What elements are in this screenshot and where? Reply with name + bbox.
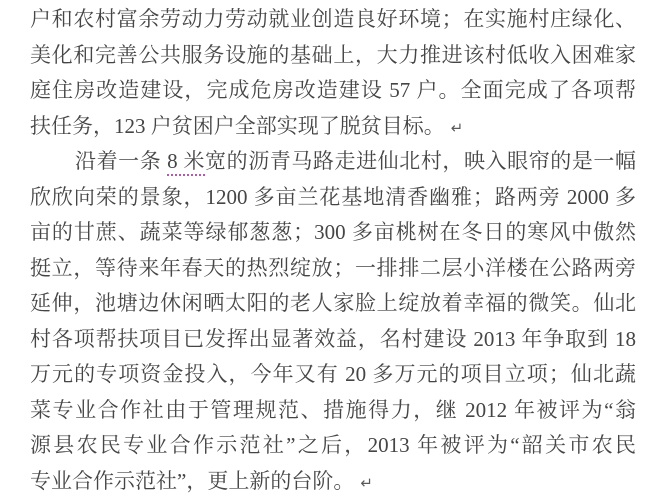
text-line: 户和农村富余劳动力劳动就业创造良好环境；在实施村庄绿化、 <box>30 2 636 38</box>
text-line: 挺立，等待来年春天的热烈绽放；一排排二层小洋楼在公路两旁 <box>30 251 636 287</box>
text-line: 专业合作示范社”，更上新的台阶。↵ <box>30 464 636 499</box>
text-line: 美化和完善公共服务设施的基础上，大力推进该村低收入困难家 <box>30 38 636 74</box>
text-line: 扶任务，123 户贫困户全部实现了脱贫目标。↵ <box>30 109 636 145</box>
text-line: 村各项帮扶项目已发挥出显著效益，名村建设 2013 年争取到 18 <box>30 322 636 358</box>
text-run: 宽的沥青马路走进仙北村，映入眼帘的是一幅 <box>205 149 636 173</box>
text-run: 扶任务，123 户贫困户全部实现了脱贫目标。 <box>30 114 445 138</box>
text-line: 庭住房改造建设，完成危房改造建设 57 户。全面完成了各项帮 <box>30 73 636 109</box>
text-line: 亩的甘蔗、蔬菜等绿郁葱葱；300 多亩桃树在冬日的寒风中傲然 <box>30 215 636 251</box>
text-line: 延伸，池塘边休闲晒太阳的老人家脸上绽放着幸福的微笑。仙北 <box>30 286 636 322</box>
paragraph-1: 户和农村富余劳动力劳动就业创造良好环境；在实施村庄绿化、 美化和完善公共服务设施… <box>30 2 636 144</box>
text-run: 专业合作示范社”，更上新的台阶。 <box>30 469 354 493</box>
text-line: 菜专业合作社由于管理规范、措施得力，继 2012 年被评为“翁 <box>30 393 636 429</box>
text-run: 沿着一条 <box>75 149 167 173</box>
text-line: 万元的专项资金投入，今年又有 20 多万元的项目立项；仙北蔬 <box>30 357 636 393</box>
text-line: 沿着一条 8 米宽的沥青马路走进仙北村，映入眼帘的是一幅 <box>30 144 636 180</box>
document-page: 户和农村富余劳动力劳动就业创造良好环境；在实施村庄绿化、 美化和完善公共服务设施… <box>0 0 665 499</box>
paragraph-mark-icon: ↵ <box>451 119 464 137</box>
text-line: 欣欣向荣的景象，1200 多亩兰花基地清香幽雅；路两旁 2000 多 <box>30 180 636 216</box>
paragraph-mark-icon: ↵ <box>360 474 373 492</box>
paragraph-2: 沿着一条 8 米宽的沥青马路走进仙北村，映入眼帘的是一幅 欣欣向荣的景象，120… <box>30 144 636 499</box>
grammar-check-underlined-text: 8 米 <box>167 149 205 176</box>
text-line: 源县农民专业合作示范社”之后，2013 年被评为“韶关市农民 <box>30 428 636 464</box>
